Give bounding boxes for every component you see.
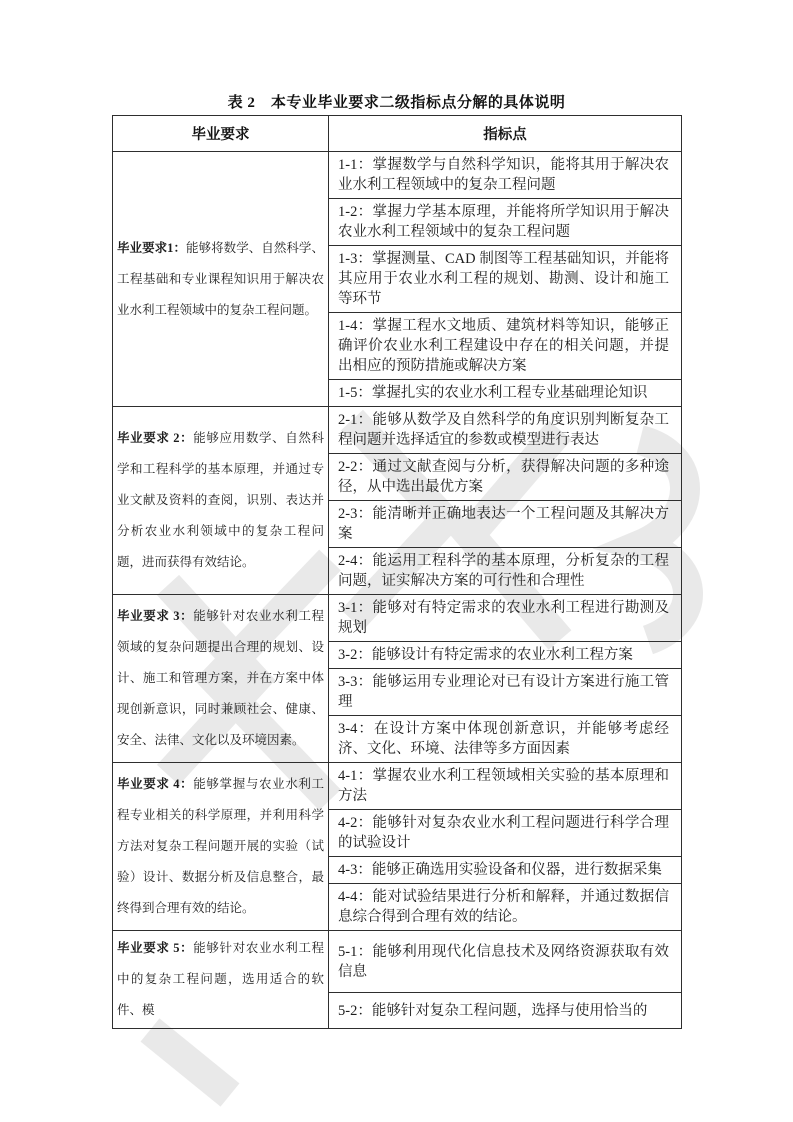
requirement-text: 能够应用数学、自然科学和工程科学的基本原理，并通过专业文献及资料的查阅，识别、表… <box>117 431 324 569</box>
requirement-label: 毕业要求 5： <box>117 941 193 955</box>
table-row: 毕业要求 5：能够针对农业水利工程中的复杂工程问题，选用适合的软件、模5-1：能… <box>113 931 682 993</box>
indicator-cell: 5-1：能够利用现代化信息技术及网络资源获取有效信息 <box>329 931 682 993</box>
table-row: 毕业要求 4：能够掌握与农业水利工程专业相关的科学原理，并利用科学方法对复杂工程… <box>113 763 682 810</box>
header-row: 毕业要求 指标点 <box>113 116 682 152</box>
indicator-cell: 5-2：能够针对复杂工程问题，选择与使用恰当的 <box>329 993 682 1029</box>
requirements-table: 毕业要求 指标点 毕业要求1：能够将数学、自然科学、工程基础和专业课程知识用于解… <box>112 115 682 1029</box>
requirement-text: 能够针对农业水利工程领域的复杂问题提出合理的规划、设计、施工和管理方案，并在方案… <box>117 609 324 747</box>
indicator-cell: 4-4：能对试验结果进行分析和解释，并通过数据信息综合得到合理有效的结论。 <box>329 884 682 931</box>
requirement-label: 毕业要求 3： <box>117 609 193 623</box>
requirement-label: 毕业要求 2： <box>117 431 193 445</box>
requirement-cell: 毕业要求 2：能够应用数学、自然科学和工程科学的基本原理，并通过专业文献及资料的… <box>113 407 329 595</box>
requirement-text: 能够掌握与农业水利工程专业相关的科学原理，并利用科学方法对复杂工程问题开展的实验… <box>117 777 324 915</box>
indicator-cell: 3-3：能够运用专业理论对已有设计方案进行施工管理 <box>329 669 682 716</box>
table-row: 毕业要求 3：能够针对农业水利工程领域的复杂问题提出合理的规划、设计、施工和管理… <box>113 595 682 642</box>
indicator-cell: 4-2：能够针对复杂农业水利工程问题进行科学合理的试验设计 <box>329 810 682 857</box>
requirement-cell: 毕业要求 4：能够掌握与农业水利工程专业相关的科学原理，并利用科学方法对复杂工程… <box>113 763 329 931</box>
table-caption: 表 2 本专业毕业要求二级指标点分解的具体说明 <box>0 91 793 112</box>
indicator-cell: 4-1：掌握农业水利工程领域相关实验的基本原理和方法 <box>329 763 682 810</box>
requirement-label: 毕业要求1： <box>117 241 186 255</box>
header-indicator: 指标点 <box>329 116 682 152</box>
indicator-cell: 2-2：通过文献查阅与分析，获得解决问题的多种途径，从中选出最优方案 <box>329 454 682 501</box>
document-page: 表 2 本专业毕业要求二级指标点分解的具体说明 毕业要求 指标点 毕业要求1：能… <box>0 0 793 1122</box>
indicator-cell: 1-4：掌握工程水文地质、建筑材料等知识，能够正确评价农业水利工程建设中存在的相… <box>329 313 682 380</box>
indicator-cell: 2-3：能清晰并正确地表达一个工程问题及其解决方案 <box>329 501 682 548</box>
indicator-cell: 1-1：掌握数学与自然科学知识，能将其用于解决农业水利工程领域中的复杂工程问题 <box>329 152 682 199</box>
header-requirement: 毕业要求 <box>113 116 329 152</box>
table-header: 毕业要求 指标点 <box>113 116 682 152</box>
indicator-cell: 1-2：掌握力学基本原理，并能将所学知识用于解决农业水利工程领域中的复杂工程问题 <box>329 199 682 246</box>
indicator-cell: 1-5：掌握扎实的农业水利工程专业基础理论知识 <box>329 380 682 407</box>
table-body: 毕业要求1：能够将数学、自然科学、工程基础和专业课程知识用于解决农业水利工程领域… <box>113 152 682 1029</box>
requirement-cell: 毕业要求1：能够将数学、自然科学、工程基础和专业课程知识用于解决农业水利工程领域… <box>113 152 329 407</box>
indicator-cell: 4-3：能够正确选用实验设备和仪器，进行数据采集 <box>329 857 682 884</box>
table-row: 毕业要求 2：能够应用数学、自然科学和工程科学的基本原理，并通过专业文献及资料的… <box>113 407 682 454</box>
table-row: 毕业要求1：能够将数学、自然科学、工程基础和专业课程知识用于解决农业水利工程领域… <box>113 152 682 199</box>
indicator-cell: 3-1：能够对有特定需求的农业水利工程进行勘测及规划 <box>329 595 682 642</box>
requirement-cell: 毕业要求 3：能够针对农业水利工程领域的复杂问题提出合理的规划、设计、施工和管理… <box>113 595 329 763</box>
indicator-cell: 1-3：掌握测量、CAD 制图等工程基础知识，并能将其应用于农业水利工程的规划、… <box>329 246 682 313</box>
requirement-cell: 毕业要求 5：能够针对农业水利工程中的复杂工程问题，选用适合的软件、模 <box>113 931 329 1029</box>
indicator-cell: 2-4：能运用工程科学的基本原理，分析复杂的工程问题，证实解决方案的可行性和合理… <box>329 548 682 595</box>
requirement-label: 毕业要求 4： <box>117 777 193 791</box>
indicator-cell: 3-2：能够设计有特定需求的农业水利工程方案 <box>329 642 682 669</box>
indicator-cell: 3-4：在设计方案中体现创新意识，并能够考虑经济、文化、环境、法律等多方面因素 <box>329 716 682 763</box>
indicator-cell: 2-1：能够从数学及自然科学的角度识别判断复杂工程问题并选择适宜的参数或模型进行… <box>329 407 682 454</box>
